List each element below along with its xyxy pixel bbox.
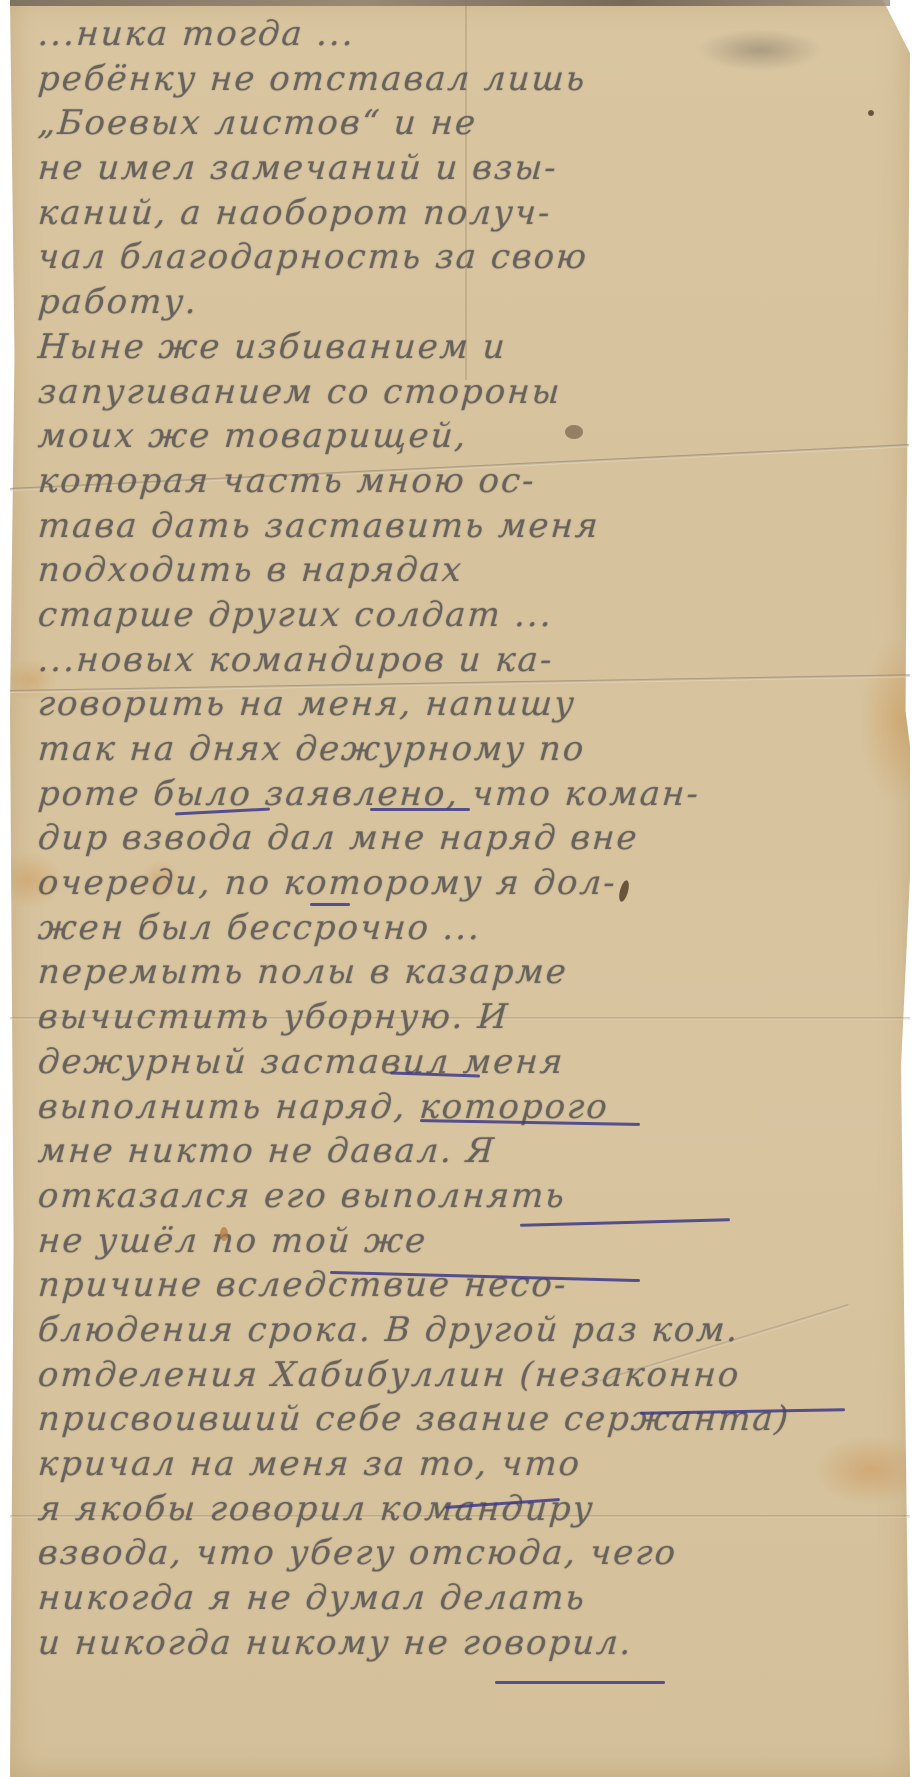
text-line: тава дать заставить меня [36,504,899,549]
text-line: жен был бессрочно ... [36,906,899,951]
text-line: дежурный заставил меня [36,1040,899,1085]
ink-underline [495,1681,665,1684]
text-line: очереди, по которому я дол- [36,861,899,906]
text-line: никогда я не думал делать [36,1576,899,1621]
text-line: работу. [36,280,899,325]
text-line: перемыть полы в казарме [36,950,899,995]
text-line: и никогда никому не говорил. [36,1621,899,1666]
text-line: кричал на меня за то, что [36,1442,899,1487]
text-line: говорить на меня, напишу [36,682,899,727]
ink-spot [220,1227,228,1241]
text-line: каний, а наоборот получ- [36,191,899,236]
text-line: подходить в нарядах [36,548,899,593]
text-line: моих же товарищей, [36,414,899,459]
text-line: блюдения срока. В другой раз ком. [36,1308,899,1353]
text-line: которая часть мною ос- [36,459,899,504]
text-line: так на днях дежурному по [36,727,899,772]
text-line: не имел замечаний и взы- [36,146,899,191]
text-line: дир взвода дал мне наряд вне [36,816,899,861]
text-line: причине вследствие несо- [36,1263,899,1308]
text-line: взвода, что убегу отсюда, чего [36,1531,899,1576]
text-line: запугиванием со стороны [36,370,899,415]
text-line: Ныне же избиванием и [36,325,899,370]
torn-top-edge [10,0,890,6]
ink-spot [565,425,583,439]
text-line: ...ника тогда ... [36,12,899,57]
ink-underline [370,808,470,811]
text-line: „Боевых листов“ и не [36,101,899,146]
handwritten-text: ...ника тогда ...ребёнку не отставал лиш… [38,12,898,1665]
text-line: отказался его выполнять [36,1174,899,1219]
text-line: ребёнку не отставал лишь [36,57,899,102]
text-line: отделения Хабибуллин (незаконно [36,1353,899,1398]
text-line: мне никто не давал. Я [36,1129,899,1174]
text-line: старше других солдат ... [36,593,899,638]
text-line: вычистить уборную. И [36,995,899,1040]
ink-spot [868,110,874,116]
text-line: не ушёл по той же [36,1219,899,1264]
ink-underline [310,903,350,906]
text-line: присвоивший себе звание сержанта) [36,1397,899,1442]
text-line: чал благодарность за свою [36,235,899,280]
text-line: я якобы говорил командиру [36,1487,899,1532]
text-line: ...новых командиров и ка- [36,638,899,683]
